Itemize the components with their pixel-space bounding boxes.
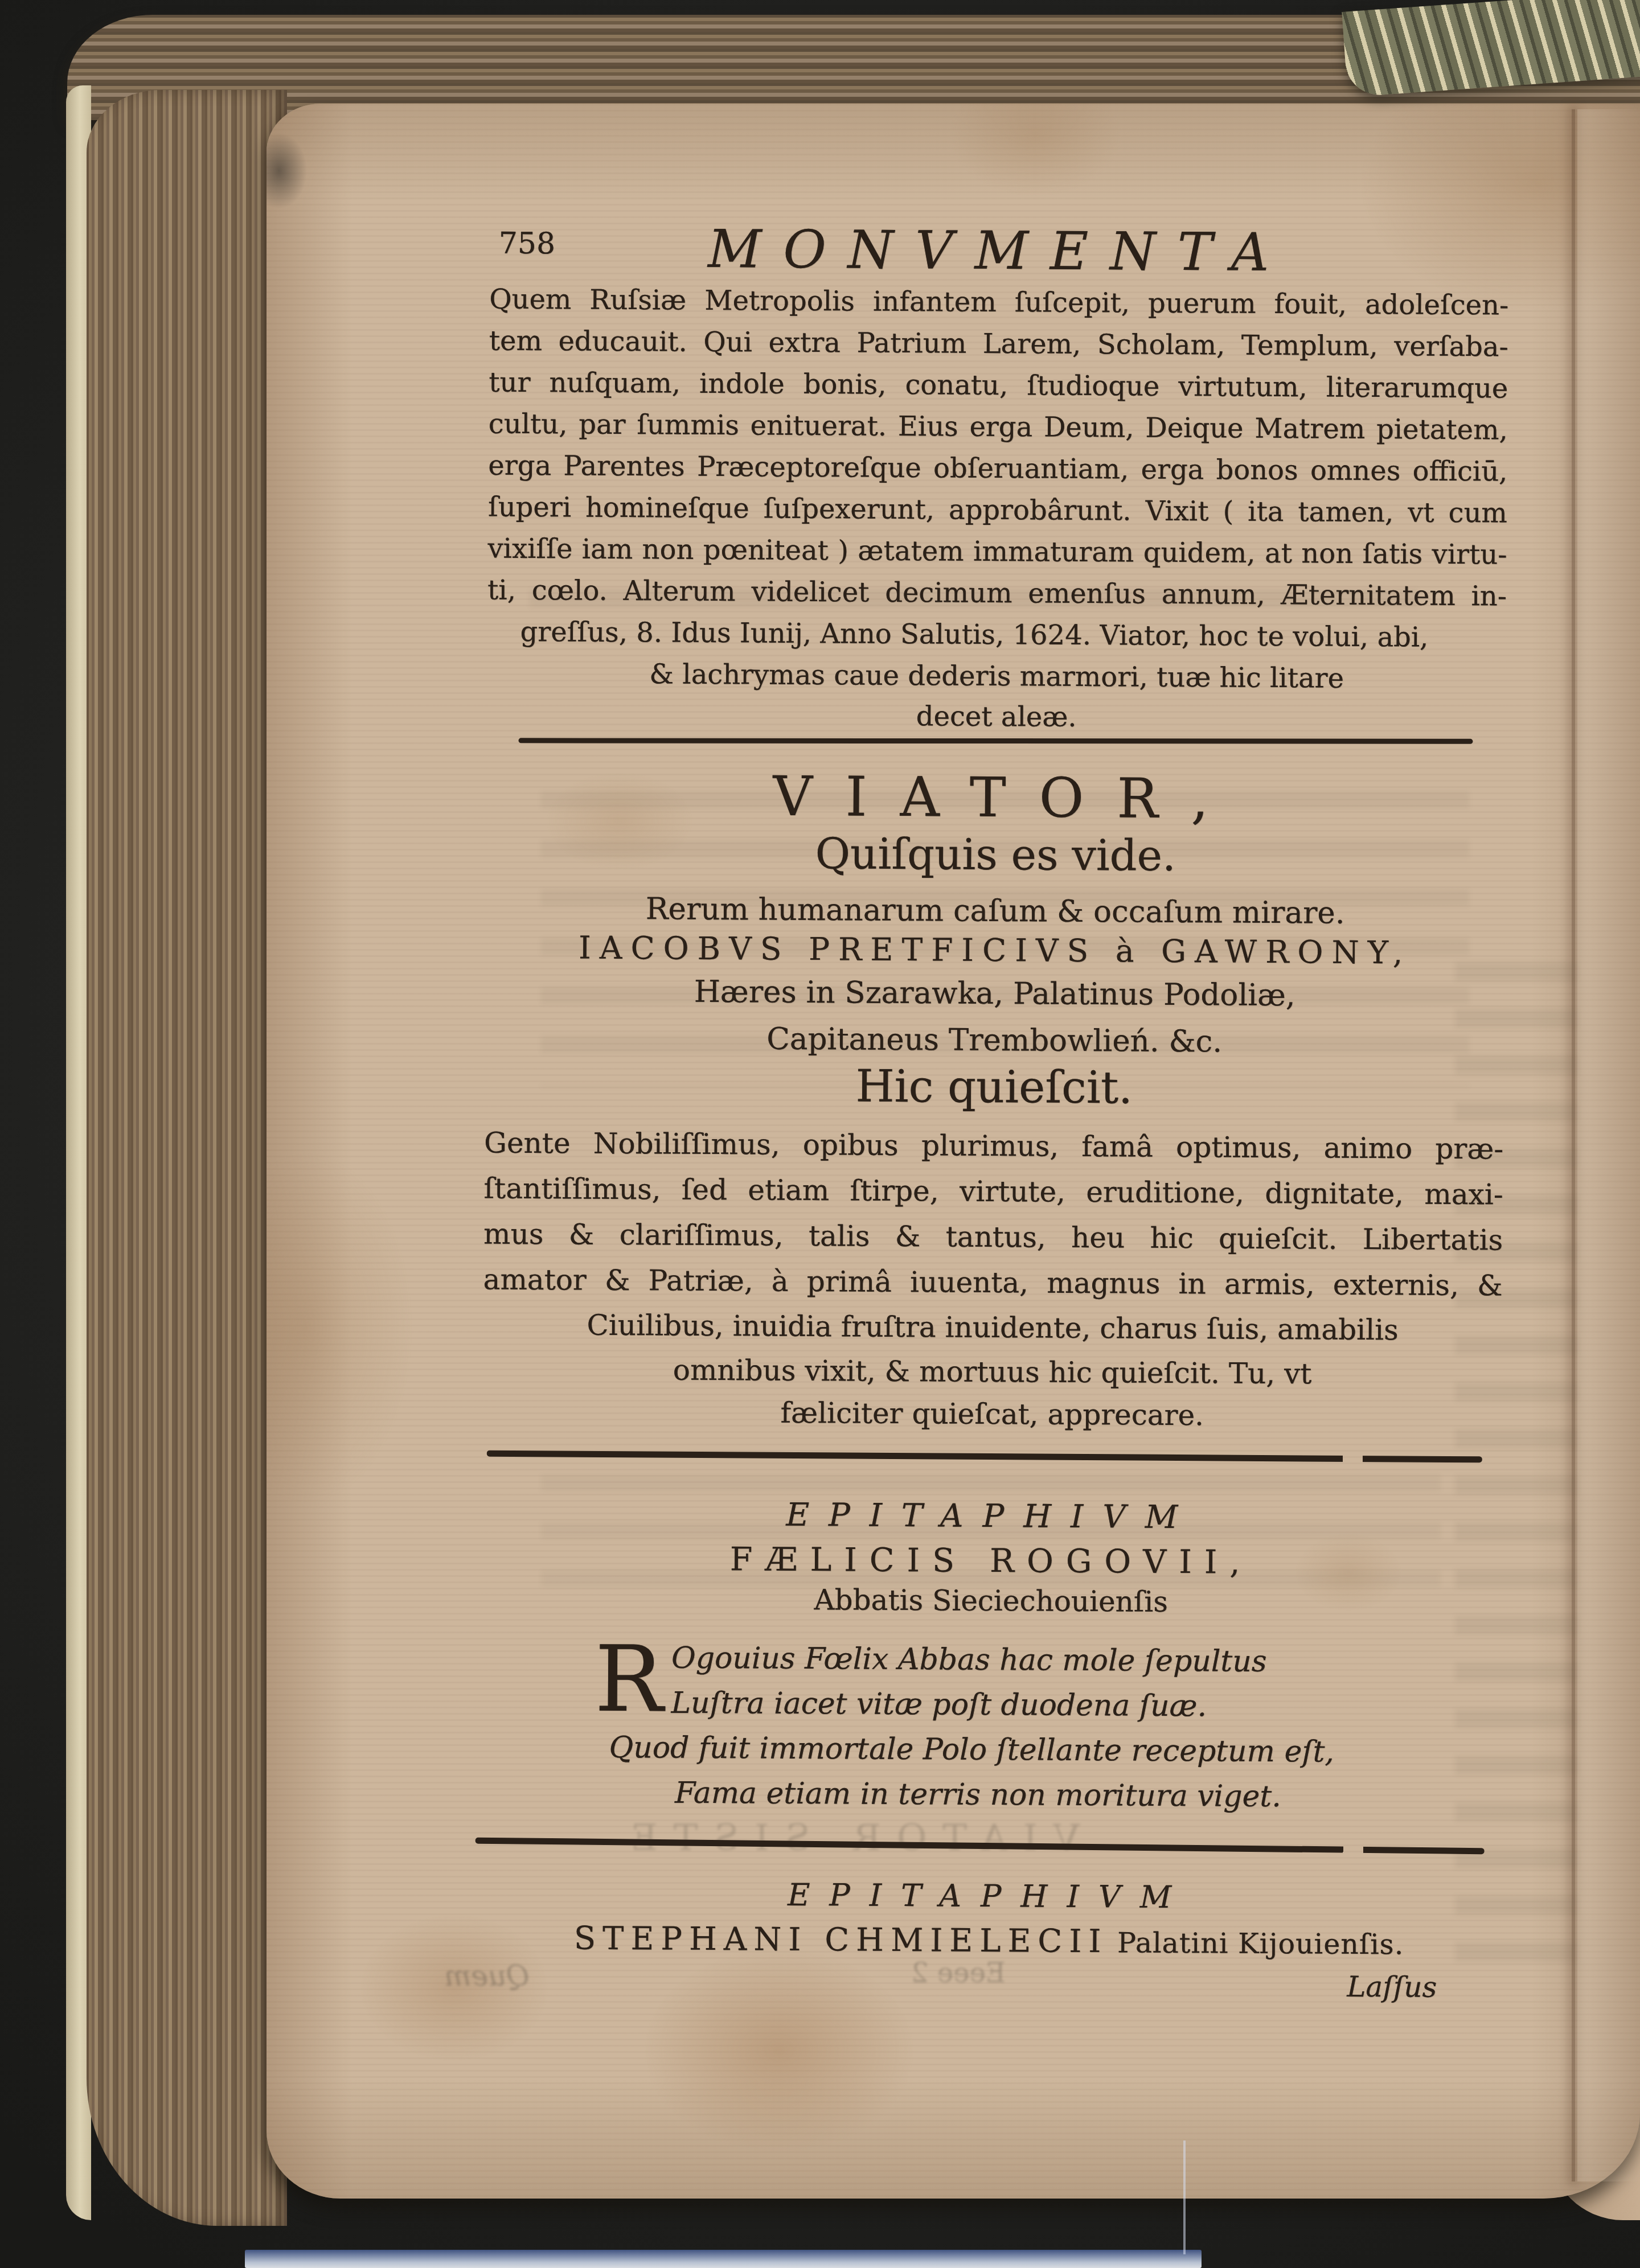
verse-line: Ogouius Fœlix Abbas hac mole ſepultus xyxy=(594,1636,1426,1686)
verse-line: Luſtra iacet vitæ poſt duodena ſuæ. xyxy=(594,1681,1426,1731)
verse-line: Fama etiam in terris non moritura viget. xyxy=(675,1771,1425,1821)
deceased-name: IACOBVS PRETFICIVS à GAWRONY, xyxy=(485,929,1504,972)
paragraph-line: ti, cœlo. Alterum videlicet decimum emen… xyxy=(487,570,1507,618)
paragraph-line: Quem Ruſsiæ Metropolis infantem ſuſcepit… xyxy=(489,279,1508,327)
paragraph-line: ſtantiſſimus, ſed etiam ſtirpe, virtute,… xyxy=(483,1166,1503,1218)
paragraph-line: vixiſſe iam non pœniteat ) ætatem immatu… xyxy=(487,528,1507,576)
verse-drop-cap: R xyxy=(594,1637,663,1724)
printed-text-block: 758 MONVMENTA Quem Ruſsiæ Metropolis inf… xyxy=(478,0,1511,2113)
hic-quiescit-line: Hic quieſcit. xyxy=(485,1059,1504,1116)
paragraph-line: Gente Nobiliſſimus, opibus plurimus, fam… xyxy=(484,1120,1503,1172)
paragraph-line: erga Parentes Præceptoreſque obſeruantia… xyxy=(488,445,1507,493)
inscription-heading: VIATOR, xyxy=(486,763,1506,833)
deceased-office-line: Capitaneus Trembowlień. &c. xyxy=(485,1020,1504,1061)
paragraph-line: amator & Patriæ, à primâ iuuenta, magnus… xyxy=(483,1257,1502,1309)
catchword: Laſſus xyxy=(479,1965,1498,2004)
paragraph-line: decet aleæ. xyxy=(487,693,1506,741)
verse-line: Quod fuit immortale Polo ſtellante recep… xyxy=(609,1725,1425,1776)
epitaph-name-caps: STEPHANI CHMIELECII xyxy=(574,1920,1108,1961)
inscription-motto: Rerum humanarum caſum & occaſum mirare. xyxy=(486,891,1505,932)
paragraph-line: ſuperi homineſque ſuſpexerunt, approbâru… xyxy=(488,487,1507,535)
epitaph-verse: R Ogouius Fœlix Abbas hac mole ſepultus … xyxy=(594,1636,1426,1821)
paragraph-line: tur nuſquam, indole bonis, conatu, ſtudi… xyxy=(489,362,1508,410)
paragraph-line: Ciuilibus, inuidia fruſtra inuidente, ch… xyxy=(483,1303,1502,1353)
deceased-titles-line: Hæres in Szarawka, Palatinus Podoliæ, xyxy=(485,973,1504,1014)
paragraph-line: fæliciter quieſcat, apprecare. xyxy=(482,1389,1502,1440)
scanner-bed-line xyxy=(1183,2140,1186,2254)
epitaph-name-suffix: Palatini Kijouienſis. xyxy=(1108,1926,1404,1961)
paragraph-line: mus & clariſſimus, talis & tantus, heu h… xyxy=(483,1211,1503,1263)
printed-rule xyxy=(475,1838,1485,1855)
paragraph-line: cultu, par ſummis enituerat. Eius erga D… xyxy=(489,404,1508,451)
paragraph-line: & lachrymas caue dederis marmori, tuæ hi… xyxy=(487,653,1506,701)
running-title: MONVMENTA xyxy=(489,217,1509,285)
inscription-subheading: Quiſquis es vide. xyxy=(486,827,1506,883)
epitaph-name: FÆLICIS ROGOVII, xyxy=(482,1539,1501,1583)
epitaph-name: STEPHANI CHMIELECII Palatini Kijouienſis… xyxy=(479,1920,1498,1963)
paragraph-line: greſſus, 8. Idus Iunij, Anno Salutis, 16… xyxy=(487,611,1506,659)
printed-rule xyxy=(519,738,1473,743)
scanner-bed-strip xyxy=(245,2250,1202,2268)
epitaph-heading: EPITAPHIVM xyxy=(479,1875,1499,1917)
paragraph-line: tem educauit. Qui extra Patrium Larem, S… xyxy=(489,321,1508,368)
epitaph-subtitle: Abbatis Sieciechouienſis xyxy=(481,1581,1500,1621)
printed-rule xyxy=(487,1451,1482,1463)
epitaph-heading: EPITAPHIVM xyxy=(482,1495,1501,1538)
